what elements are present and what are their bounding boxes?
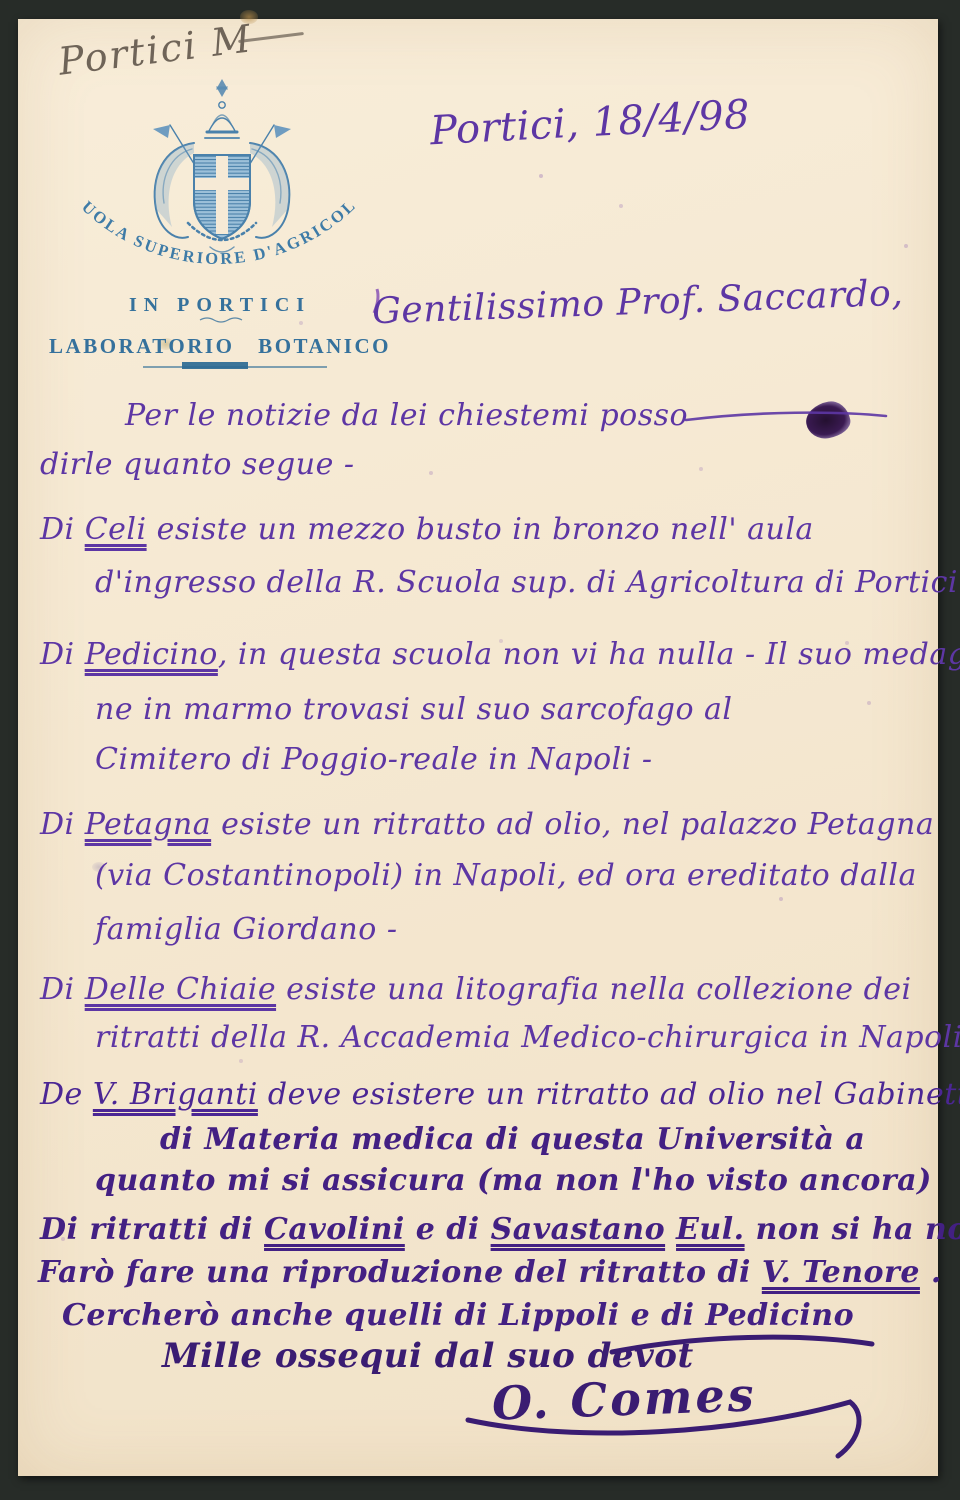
text-segment: ne in marmo trovasi sul suo sarcofago al (95, 692, 733, 727)
handwritten-line: di Materia medica di questa Università a (160, 1122, 865, 1157)
handwritten-line: quanto mi si assicura (ma non l'ho visto… (95, 1163, 932, 1198)
text-segment: non si ha notizie (745, 1212, 960, 1247)
text-segment: esiste un mezzo busto in bronzo nell' au… (147, 512, 814, 547)
underlined-name: V. Tenore (762, 1255, 920, 1290)
letterhead-department: LABORATORIO BOTANICO (49, 334, 391, 358)
handwritten-line: dirle quanto segue - (40, 447, 355, 482)
text-segment: Di ritratti di (40, 1212, 264, 1247)
text-segment: esiste un ritratto ad olio, nel palazzo … (211, 807, 934, 842)
handwritten-line: d'ingresso della R. Scuola sup. di Agric… (95, 565, 960, 600)
handwritten-line: Di Pedicino, in questa scuola non vi ha … (40, 637, 960, 672)
letterhead-city-underline (200, 318, 242, 322)
text-segment: Di (40, 972, 85, 1007)
handwritten-line: Di Celi esiste un mezzo busto in bronzo … (40, 512, 814, 547)
letterhead-city: IN PORTICI (129, 294, 311, 316)
handwritten-line: Farò fare una riproduzione del ritratto … (38, 1255, 942, 1290)
handwritten-line: Di ritratti di Cavolini e di Savastano E… (40, 1212, 960, 1247)
text-segment: Di (40, 807, 85, 842)
underlined-name: Delle Chiaie (85, 972, 276, 1007)
handwritten-line: Di Petagna esiste un ritratto ad olio, n… (40, 807, 934, 842)
text-segment: esiste una litografia nella collezione d… (276, 972, 912, 1007)
ink-bleed-speckles (0, 0, 2, 2)
closing: Mille ossequi dal suo devot (162, 1336, 694, 1376)
underlined-name: Petagna (85, 807, 211, 842)
text-segment: De (40, 1077, 93, 1112)
text-segment: , in questa scuola non vi ha nulla - Il … (218, 637, 960, 672)
letterhead-underline-bar (182, 362, 248, 369)
text-segment: (via Costantinopoli) in Napoli, ed ora e… (95, 858, 917, 893)
scanned-letter-page: { "page": { "background_color": "#272c28… (0, 0, 960, 1500)
text-segment: dirle quanto segue - (40, 447, 355, 482)
text-segment: Di (40, 637, 85, 672)
text-segment: Cimitero di Poggio-reale in Napoli - (95, 742, 653, 777)
handwritten-line: ne in marmo trovasi sul suo sarcofago al (95, 692, 733, 727)
underlined-name: Eul. (676, 1212, 745, 1247)
text-segment: famiglia Giordano - (95, 912, 397, 947)
handwritten-line: Cimitero di Poggio-reale in Napoli - (95, 742, 653, 777)
handwritten-line: De V. Briganti deve esistere un ritratto… (40, 1077, 960, 1112)
text-segment: Farò fare una riproduzione del ritratto … (38, 1255, 762, 1290)
handwritten-line: famiglia Giordano - (95, 912, 397, 947)
letterhead: R.SCUOLA SUPERIORE D'AGRICOLTURA IN PORT… (40, 56, 420, 386)
handwritten-line: Di Delle Chiaie esiste una litografia ne… (40, 972, 912, 1007)
underlined-name: Celi (85, 512, 147, 547)
royal-crest-icon (153, 79, 291, 252)
text-segment: Di (40, 512, 85, 547)
text-segment: Cercherò anche quelli di Lippoli e di Pe… (62, 1298, 854, 1333)
text-segment: e di (405, 1212, 491, 1247)
text-segment: . (920, 1255, 942, 1290)
handwritten-line: Per le notizie da lei chiestemi posso (125, 398, 688, 433)
text-segment: quanto mi si assicura (ma non l'ho visto… (95, 1163, 932, 1198)
text-segment (665, 1212, 676, 1247)
handwritten-line: (via Costantinopoli) in Napoli, ed ora e… (95, 858, 917, 893)
underlined-name: Cavolini (264, 1212, 405, 1247)
text-segment: di Materia medica di questa Università a (160, 1122, 865, 1157)
signature: O. Comes (491, 1367, 757, 1430)
underlined-name: Pedicino (85, 637, 218, 672)
text-segment: ritratti della R. Accademia Medico-chiru… (95, 1020, 960, 1055)
handwritten-line: ritratti della R. Accademia Medico-chiru… (95, 1020, 960, 1055)
underlined-name: Savastano (491, 1212, 665, 1247)
text-segment: Per le notizie da lei chiestemi posso (125, 398, 688, 433)
text-segment: d'ingresso della R. Scuola sup. di Agric… (95, 565, 960, 600)
underlined-name: V. Briganti (93, 1077, 258, 1112)
text-segment: deve esistere un ritratto ad olio nel Ga… (258, 1077, 960, 1112)
handwritten-line: Cercherò anche quelli di Lippoli e di Pe… (62, 1298, 854, 1333)
